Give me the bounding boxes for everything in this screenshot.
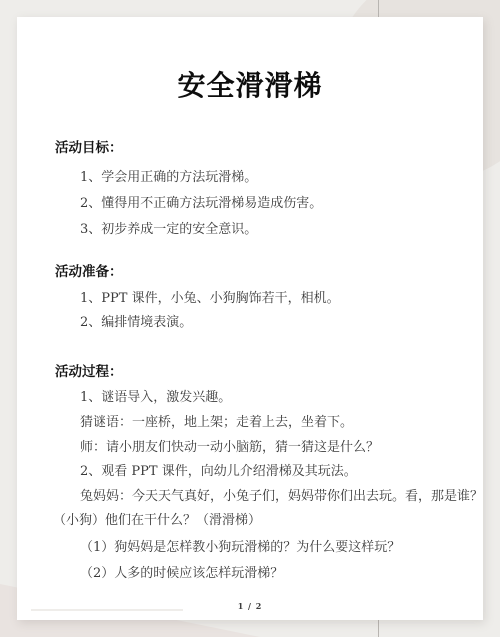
body-line: （小狗）他们在干什么？（滑滑梯） (53, 512, 261, 529)
body-line: （1）狗妈妈是怎样教小狗玩滑梯的？为什么要这样玩？ (80, 539, 400, 556)
section-heading-goals: 活动目标： (55, 140, 123, 157)
body-line: 兔妈妈：今天天气真好，小兔子们，妈妈带你们出去玩。看，那是谁？ (80, 488, 483, 505)
section-heading-preparation: 活动准备： (55, 264, 123, 281)
body-line: 2、懂得用不正确方法玩滑梯易造成伤害。 (80, 195, 322, 212)
body-line: 3、初步养成一定的安全意识。 (80, 221, 257, 238)
body-line: 1、PPT 课件，小兔、小狗胸饰若干，相机。 (80, 290, 340, 307)
body-line: 1、学会用正确的方法玩滑梯。 (80, 169, 257, 186)
body-line: 猜谜语：一座桥，地上架；走着上去，坐着下。 (80, 414, 353, 431)
document-title: 安全滑滑梯 (17, 69, 483, 103)
body-line: （2）人多的时候应该怎样玩滑梯？ (80, 565, 283, 582)
body-line: 1、谜语导入，激发兴趣。 (80, 389, 231, 406)
body-line: 2、编排情境表演。 (80, 314, 192, 331)
document-page: 安全滑滑梯 活动目标： 1、学会用正确的方法玩滑梯。 2、懂得用不正确方法玩滑梯… (17, 17, 483, 620)
body-line: 2、观看 PPT 课件，向幼儿介绍滑梯及其玩法。 (80, 463, 357, 480)
section-heading-process: 活动过程： (55, 364, 123, 381)
canvas: 安全滑滑梯 活动目标： 1、学会用正确的方法玩滑梯。 2、懂得用不正确方法玩滑梯… (0, 0, 500, 637)
body-line: 师：请小朋友们快动一动小脑筋，猜一猜这是什么？ (80, 439, 379, 456)
page-number: 1 / 2 (17, 601, 483, 611)
